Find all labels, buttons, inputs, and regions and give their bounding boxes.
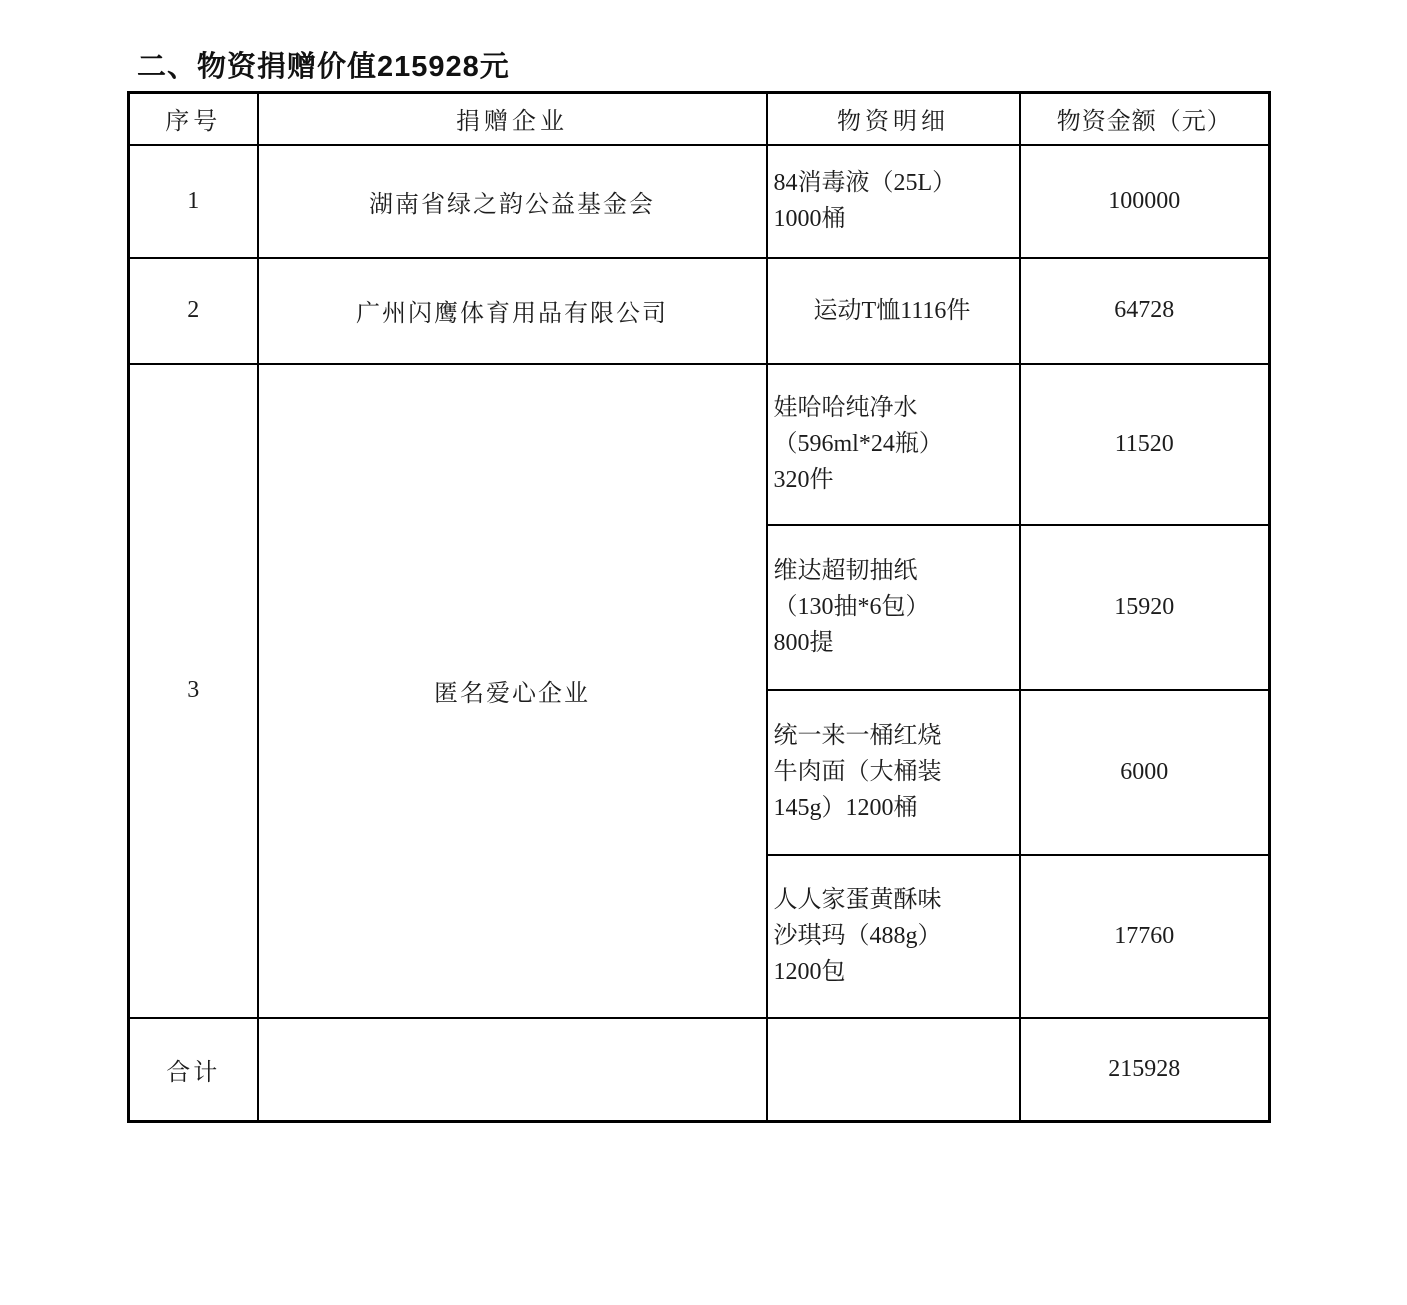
document-page: 二、物资捐赠价值215928元 序号 捐赠企业 物资明细 物资金额（元） 1 湖… bbox=[0, 0, 1407, 1305]
amount-cell: 64728 bbox=[1020, 258, 1270, 364]
total-amount-cell: 215928 bbox=[1020, 1018, 1270, 1122]
empty-cell bbox=[767, 1018, 1020, 1122]
table-row-1: 1 湖南省绿之韵公益基金会 84消毒液（25L） 1000桶 100000 bbox=[129, 145, 1270, 258]
serial-cell: 2 bbox=[129, 258, 258, 364]
company-cell: 广州闪鹰体育用品有限公司 bbox=[258, 258, 767, 364]
amount-cell: 6000 bbox=[1020, 690, 1270, 855]
donation-table: 序号 捐赠企业 物资明细 物资金额（元） 1 湖南省绿之韵公益基金会 84消毒液… bbox=[127, 91, 1271, 1123]
table-total-row: 合计 215928 bbox=[129, 1018, 1270, 1122]
detail-cell: 统一来一桶红烧 牛肉面（大桶装 145g）1200桶 bbox=[767, 690, 1020, 855]
header-cell-detail: 物资明细 bbox=[767, 93, 1020, 145]
serial-cell: 3 bbox=[129, 364, 258, 1018]
detail-cell: 人人家蛋黄酥味 沙琪玛（488g） 1200包 bbox=[767, 855, 1020, 1018]
detail-cell: 84消毒液（25L） 1000桶 bbox=[767, 145, 1020, 258]
header-cell-serial: 序号 bbox=[129, 93, 258, 145]
header-cell-company: 捐赠企业 bbox=[258, 93, 767, 145]
amount-cell: 100000 bbox=[1020, 145, 1270, 258]
section-title: 二、物资捐赠价值215928元 bbox=[137, 44, 510, 85]
detail-cell: 维达超韧抽纸 （130抽*6包） 800提 bbox=[767, 525, 1020, 690]
header-cell-amount: 物资金额（元） bbox=[1020, 93, 1270, 145]
amount-cell: 11520 bbox=[1020, 364, 1270, 525]
amount-cell: 17760 bbox=[1020, 855, 1270, 1018]
empty-cell bbox=[258, 1018, 767, 1122]
table-row-2: 2 广州闪鹰体育用品有限公司 运动T恤1116件 64728 bbox=[129, 258, 1270, 364]
detail-cell: 娃哈哈纯净水 （596ml*24瓶） 320件 bbox=[767, 364, 1020, 525]
company-cell: 匿名爱心企业 bbox=[258, 364, 767, 1018]
amount-cell: 15920 bbox=[1020, 525, 1270, 690]
serial-cell: 1 bbox=[129, 145, 258, 258]
company-cell: 湖南省绿之韵公益基金会 bbox=[258, 145, 767, 258]
detail-cell: 运动T恤1116件 bbox=[767, 258, 1020, 364]
total-label-cell: 合计 bbox=[129, 1018, 258, 1122]
table-header-row: 序号 捐赠企业 物资明细 物资金额（元） bbox=[129, 93, 1270, 145]
table-row-3-sub-1: 3 匿名爱心企业 娃哈哈纯净水 （596ml*24瓶） 320件 11520 bbox=[129, 364, 1270, 525]
